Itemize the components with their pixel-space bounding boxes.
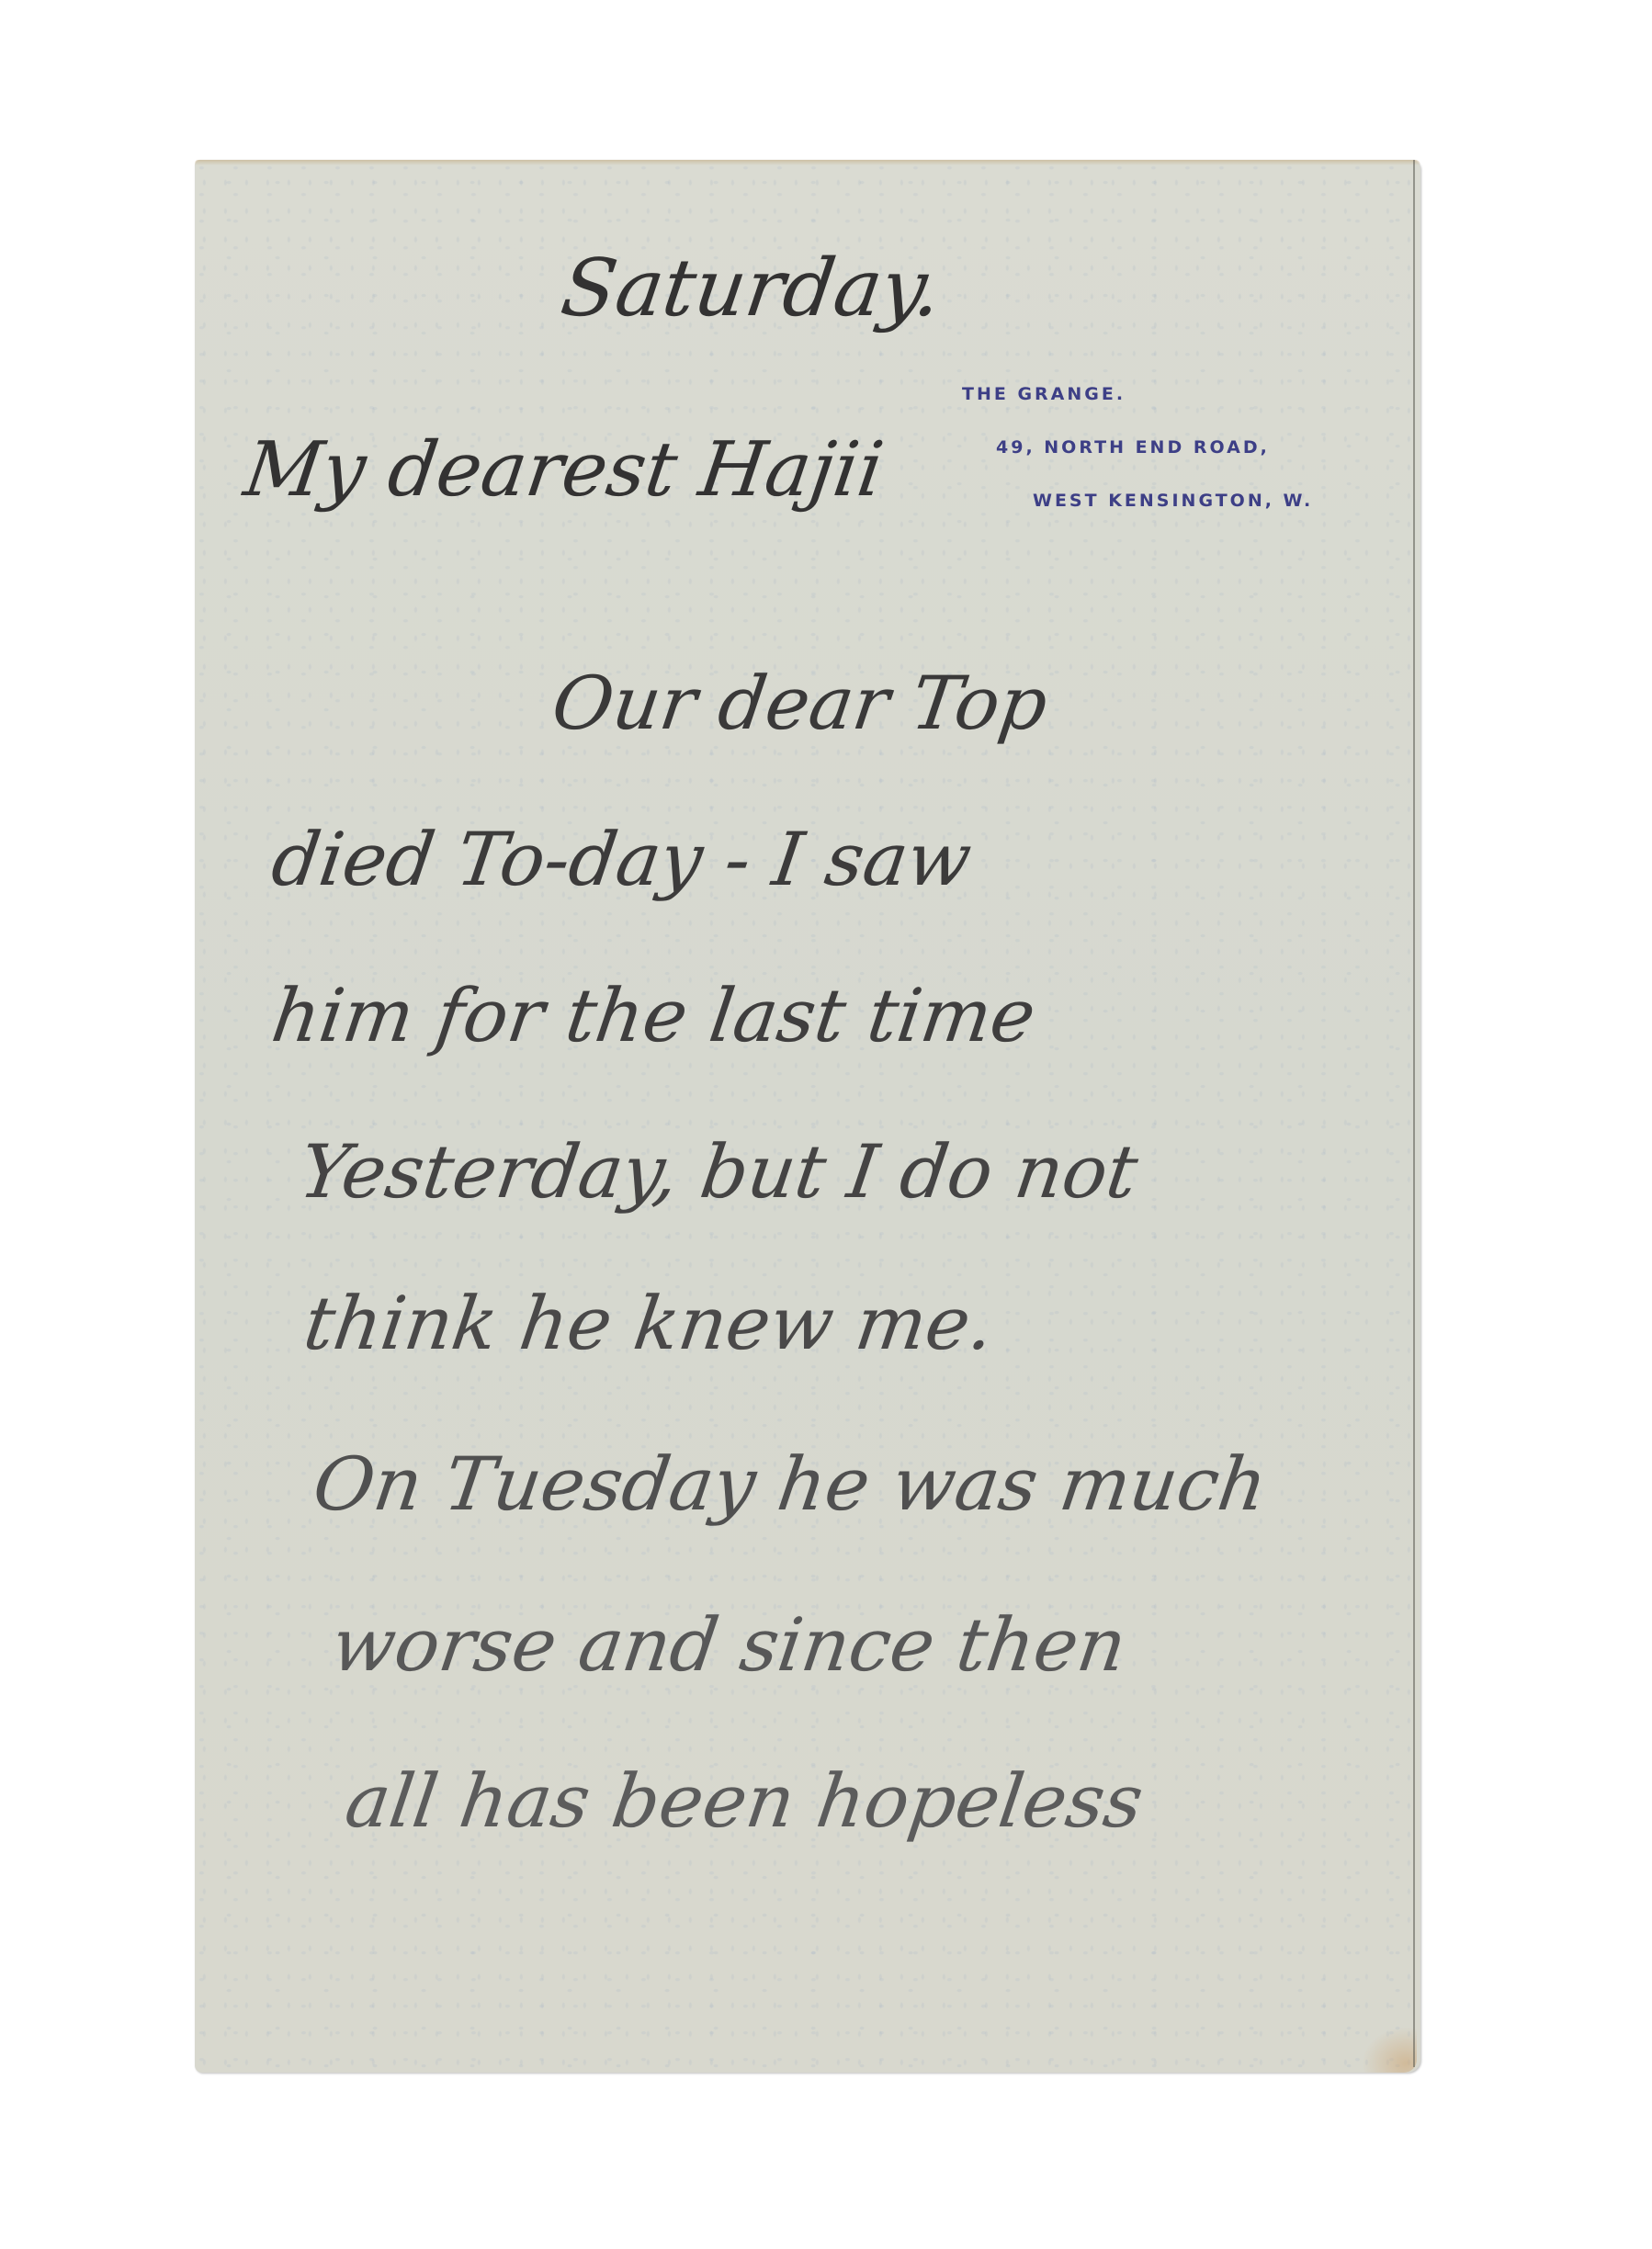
- letter-sheet: THE GRANGE. 49, NORTH END ROAD, WEST KEN…: [195, 160, 1420, 2073]
- body-line: think he knew me.: [299, 1281, 999, 1366]
- body-line: all has been hopeless: [340, 1758, 1148, 1844]
- letterhead-district: WEST KENSINGTON, W.: [1033, 491, 1313, 511]
- letterhead-street: 49, NORTH END ROAD,: [996, 437, 1270, 458]
- body-line: worse and since then: [326, 1602, 1131, 1688]
- letterhead-house-name: THE GRANGE.: [962, 384, 1126, 404]
- letter-date: Saturday.: [556, 243, 947, 334]
- body-line: him for the last time: [266, 973, 1040, 1058]
- paper-stain: [1362, 2027, 1417, 2073]
- body-line: died To-day - I saw: [266, 817, 976, 902]
- letter-salutation: My dearest Hajii: [239, 426, 888, 514]
- body-line: Our dear Top: [547, 661, 1052, 746]
- body-line: On Tuesday he was much: [308, 1441, 1272, 1527]
- body-line: Yesterday, but I do not: [294, 1129, 1142, 1215]
